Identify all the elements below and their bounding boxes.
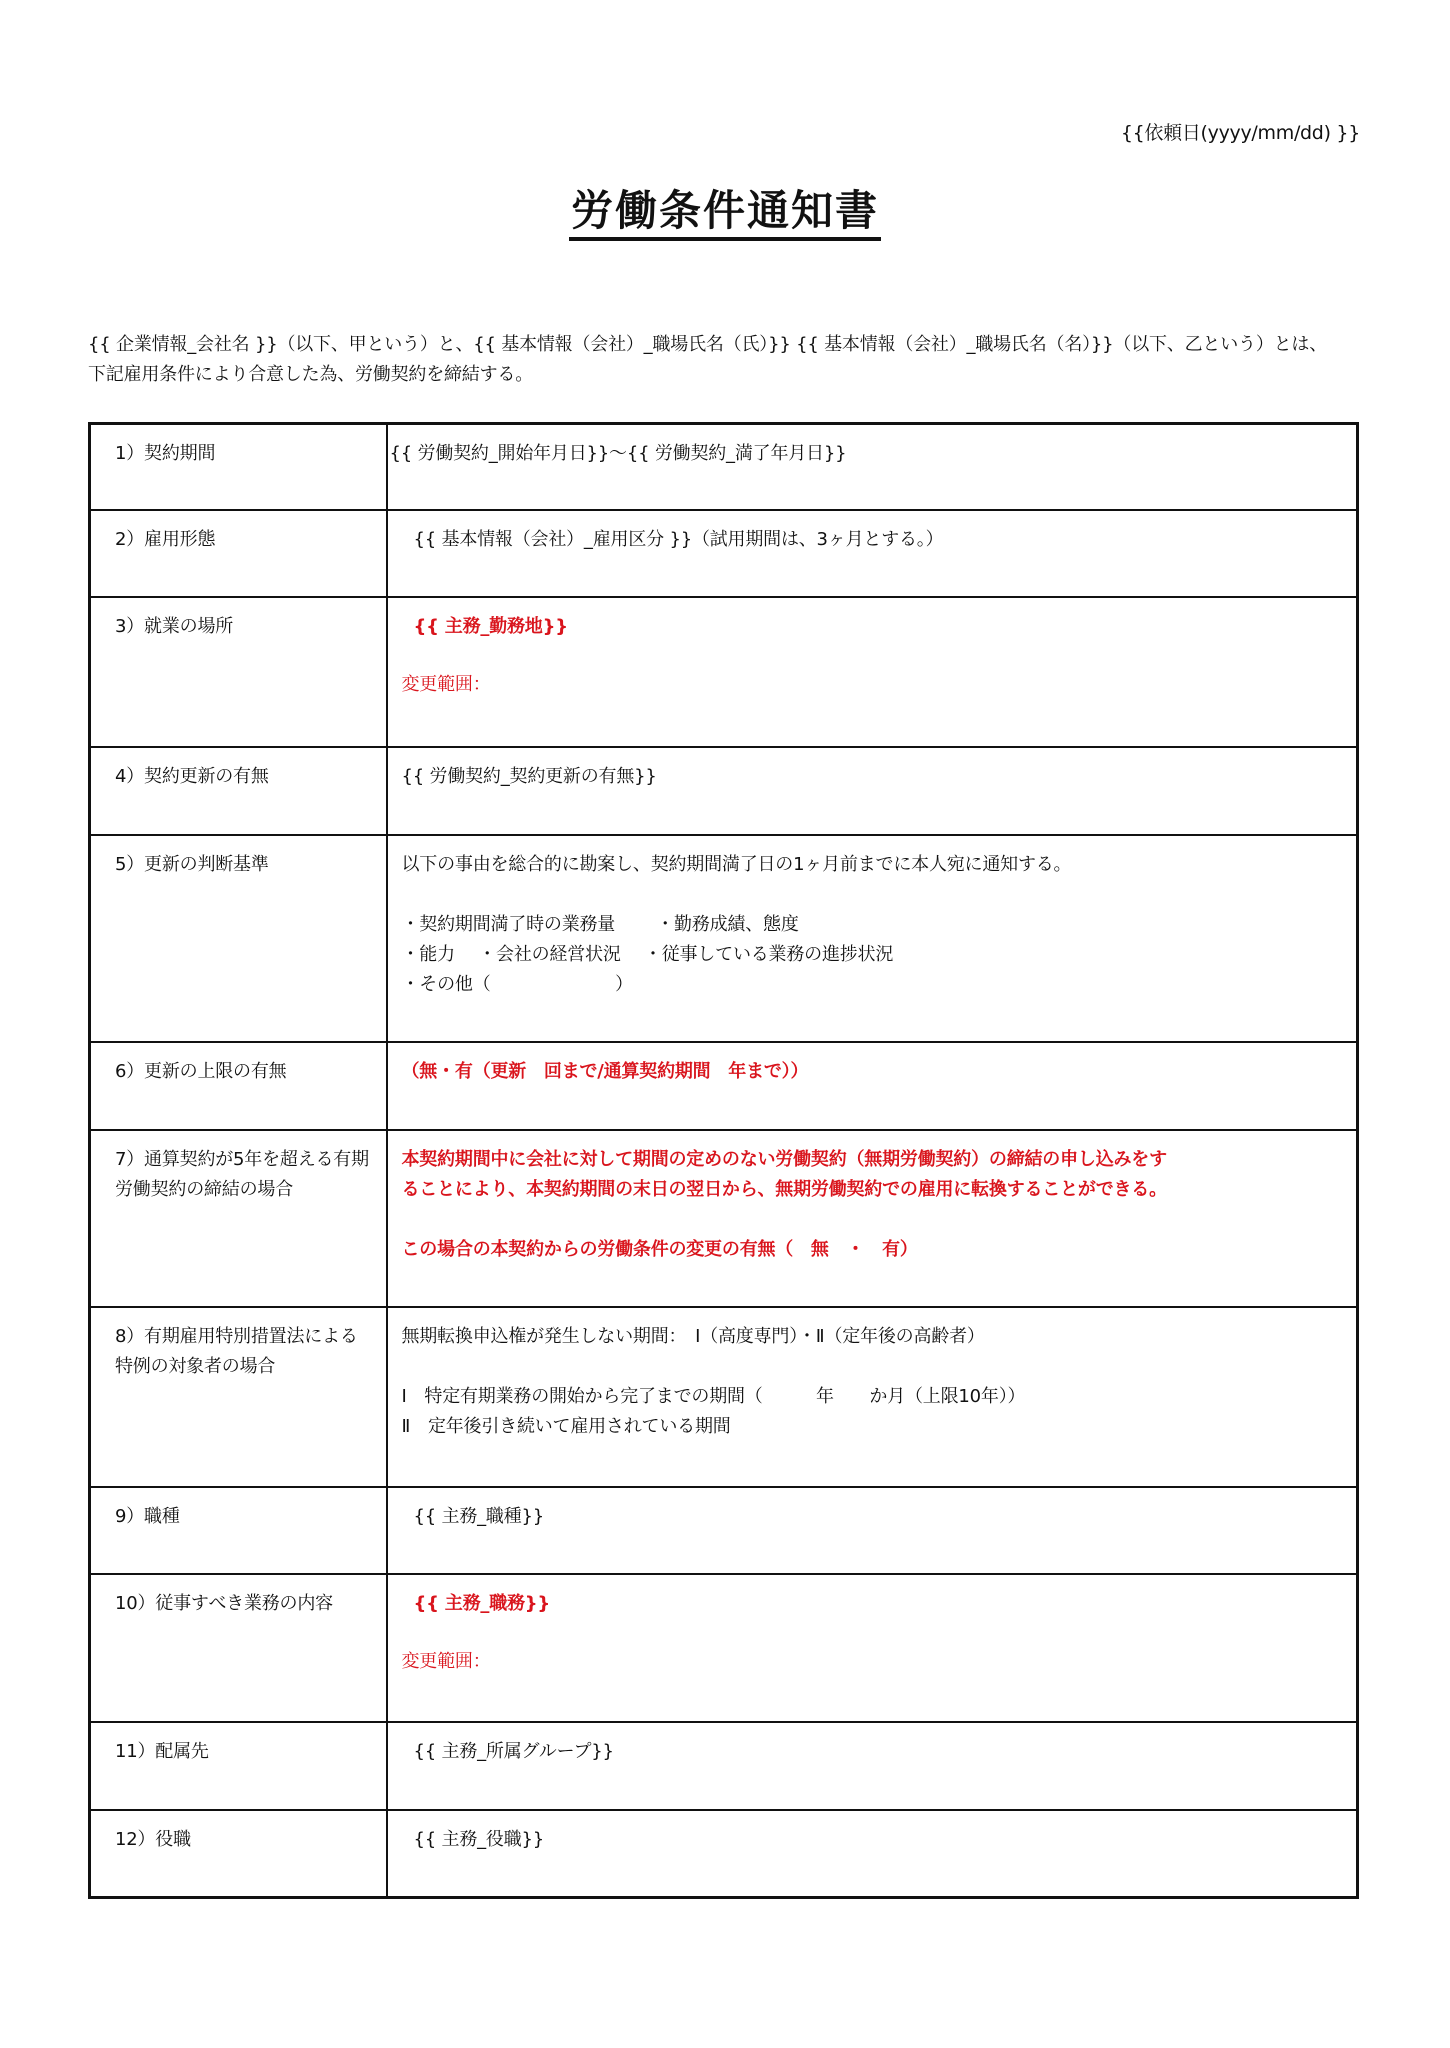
renewal-limit-value: （無・有（更新 回まで/通算契約期間 年まで）） xyxy=(402,1057,1345,1087)
special-measures-item-1: Ⅰ 特定有期業務の開始から完了までの期間（ 年 か月（上限10年）） xyxy=(402,1382,1345,1412)
row-label: 10）従事すべき業務の内容 xyxy=(90,1574,387,1722)
row-content: {{ 主務_勤務地}} 変更範囲： xyxy=(387,597,1358,747)
row-label: 8）有期雇用特別措置法による特例の対象者の場合 xyxy=(90,1307,387,1487)
table-row-duties: 10）従事すべき業務の内容 {{ 主務_職務}} 変更範囲： xyxy=(90,1574,1358,1722)
row-label: 1）契約期間 xyxy=(90,424,387,510)
table-row-indefinite-conversion: 7）通算契約が5年を超える有期労働契約の締結の場合 本契約期間中に会社に対して期… xyxy=(90,1130,1358,1307)
table-row-renewal-limit: 6）更新の上限の有無 （無・有（更新 回まで/通算契約期間 年まで）） xyxy=(90,1042,1358,1130)
renewal-criteria-item: ・契約期間満了時の業務量 ・勤務成績、態度 xyxy=(402,910,1345,940)
special-measures-item-2: Ⅱ 定年後引き続いて雇用されている期間 xyxy=(402,1412,1345,1442)
employment-terms-table: 1）契約期間 {{ 労働契約_開始年月日}}～{{ 労働契約_満了年月日}} 2… xyxy=(88,422,1359,1899)
row-content: {{ 労働契約_開始年月日}}～{{ 労働契約_満了年月日}} xyxy=(387,424,1358,510)
table-row-renewal-criteria: 5）更新の判断基準 以下の事由を総合的に勘案し、契約期間満了日の1ヶ月前までに本… xyxy=(90,835,1358,1042)
intro-line-2: 下記雇用条件により合意した為、労働契約を締結する。 xyxy=(88,360,1378,390)
row-content: {{ 主務_役職}} xyxy=(387,1810,1358,1898)
row-content: {{ 主務_職務}} 変更範囲： xyxy=(387,1574,1358,1722)
row-content: （無・有（更新 回まで/通算契約期間 年まで）） xyxy=(387,1042,1358,1130)
conversion-change-option: この場合の本契約からの労働条件の変更の有無（ 無 ・ 有） xyxy=(402,1235,1345,1265)
row-label: 12）役職 xyxy=(90,1810,387,1898)
row-content: 以下の事由を総合的に勘案し、契約期間満了日の1ヶ月前までに本人宛に通知する。 ・… xyxy=(387,835,1358,1042)
intro-paragraph: {{ 企業情報_会社名 }}（以下、甲という）と、{{ 基本情報（会社）_職場氏… xyxy=(88,330,1378,390)
conversion-text-line-1: 本契約期間中に会社に対して期間の定めのない労働契約（無期労働契約）の締結の申し込… xyxy=(402,1145,1345,1175)
table-row-special-measures: 8）有期雇用特別措置法による特例の対象者の場合 無期転換申込権が発生しない期間：… xyxy=(90,1307,1358,1487)
duties-value: {{ 主務_職務}} xyxy=(402,1589,1345,1619)
conversion-text-line-2: ることにより、本契約期間の末日の翌日から、無期労働契約での雇用に転換することがで… xyxy=(402,1175,1345,1205)
table-row-employment-type: 2）雇用形態 {{ 基本情報（会社）_雇用区分 }}（試用期間は、3ヶ月とする。… xyxy=(90,510,1358,597)
contract-period-value: {{ 労働契約_開始年月日}}～{{ 労働契約_満了年月日}} xyxy=(390,439,1345,469)
row-label: 7）通算契約が5年を超える有期労働契約の締結の場合 xyxy=(90,1130,387,1307)
table-row-department: 11）配属先 {{ 主務_所属グループ}} xyxy=(90,1722,1358,1810)
department-value: {{ 主務_所属グループ}} xyxy=(414,1737,1345,1767)
table-row-contract-period: 1）契約期間 {{ 労働契約_開始年月日}}～{{ 労働契約_満了年月日}} xyxy=(90,424,1358,510)
row-label: 3）就業の場所 xyxy=(90,597,387,747)
table-row-position: 12）役職 {{ 主務_役職}} xyxy=(90,1810,1358,1898)
row-content: {{ 労働契約_契約更新の有無}} xyxy=(387,747,1358,835)
request-date: {{依頼日(yyyy/mm/dd) }} xyxy=(1121,118,1360,145)
employment-type-value: {{ 基本情報（会社）_雇用区分 }}（試用期間は、3ヶ月とする。） xyxy=(414,525,1345,555)
position-value: {{ 主務_役職}} xyxy=(414,1825,1345,1855)
table-row-work-location: 3）就業の場所 {{ 主務_勤務地}} 変更範囲： xyxy=(90,597,1358,747)
intro-line-1: {{ 企業情報_会社名 }}（以下、甲という）と、{{ 基本情報（会社）_職場氏… xyxy=(88,330,1378,360)
duties-change-scope: 変更範囲： xyxy=(402,1647,1345,1677)
document-title: 労働条件通知書 xyxy=(0,178,1450,238)
table-row-contract-renewal: 4）契約更新の有無 {{ 労働契約_契約更新の有無}} xyxy=(90,747,1358,835)
row-label: 6）更新の上限の有無 xyxy=(90,1042,387,1130)
row-label: 2）雇用形態 xyxy=(90,510,387,597)
row-content: {{ 主務_所属グループ}} xyxy=(387,1722,1358,1810)
row-content: {{ 主務_職種}} xyxy=(387,1487,1358,1574)
row-content: {{ 基本情報（会社）_雇用区分 }}（試用期間は、3ヶ月とする。） xyxy=(387,510,1358,597)
renewal-criteria-item: ・その他（ ） xyxy=(402,970,1345,1000)
work-location-change-scope: 変更範囲： xyxy=(402,670,1345,700)
contract-renewal-value: {{ 労働契約_契約更新の有無}} xyxy=(402,762,1345,792)
row-label: 4）契約更新の有無 xyxy=(90,747,387,835)
job-type-value: {{ 主務_職種}} xyxy=(414,1502,1345,1532)
renewal-criteria-item: ・能力 ・会社の経営状況 ・従事している業務の進捗状況 xyxy=(402,940,1345,970)
row-label: 5）更新の判断基準 xyxy=(90,835,387,1042)
special-measures-intro: 無期転換申込権が発生しない期間： Ⅰ（高度専門）・Ⅱ（定年後の高齢者） xyxy=(402,1322,1345,1352)
row-label: 11）配属先 xyxy=(90,1722,387,1810)
row-content: 無期転換申込権が発生しない期間： Ⅰ（高度専門）・Ⅱ（定年後の高齢者） Ⅰ 特定… xyxy=(387,1307,1358,1487)
row-label: 9）職種 xyxy=(90,1487,387,1574)
document-title-text: 労働条件通知書 xyxy=(569,186,881,241)
renewal-criteria-intro: 以下の事由を総合的に勘案し、契約期間満了日の1ヶ月前までに本人宛に通知する。 xyxy=(402,850,1345,880)
table-row-job-type: 9）職種 {{ 主務_職種}} xyxy=(90,1487,1358,1574)
row-content: 本契約期間中に会社に対して期間の定めのない労働契約（無期労働契約）の締結の申し込… xyxy=(387,1130,1358,1307)
work-location-value: {{ 主務_勤務地}} xyxy=(402,612,1345,642)
